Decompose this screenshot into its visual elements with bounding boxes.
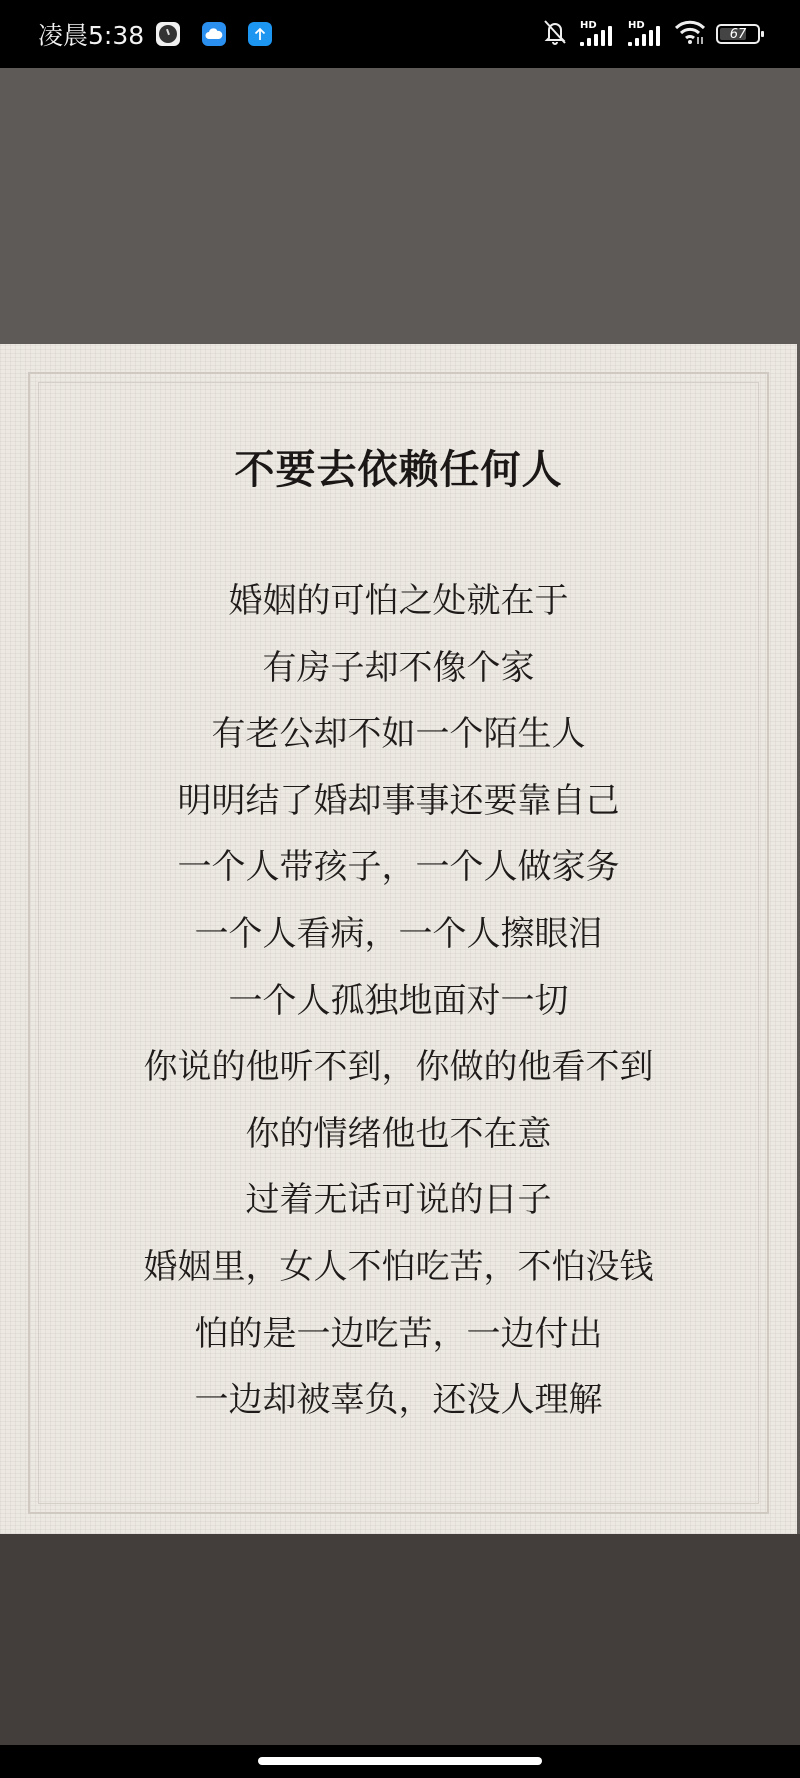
quote-line: 明明结了婚却事事还要靠自己 — [0, 777, 797, 844]
home-indicator[interactable] — [258, 1757, 542, 1765]
quote-body: 婚姻的可怕之处就在于 有房子却不像个家 有老公却不如一个陌生人 明明结了婚却事事… — [0, 577, 797, 1443]
wifi-icon — [674, 19, 706, 49]
quote-line: 有老公却不如一个陌生人 — [0, 710, 797, 777]
status-bar: 凌晨5:38 HD HD — [0, 0, 800, 68]
quote-line: 一个人孤独地面对一切 — [0, 977, 797, 1044]
signal-hd-1-icon: HD — [578, 20, 616, 48]
quote-line: 你的情绪他也不在意 — [0, 1110, 797, 1177]
status-left: 凌晨5:38 — [38, 18, 272, 50]
battery-icon: 67 — [716, 24, 760, 44]
quote-line: 婚姻的可怕之处就在于 — [0, 577, 797, 644]
quote-line: 一个人看病，一个人擦眼泪 — [0, 910, 797, 977]
quote-line: 你说的他听不到，你做的他看不到 — [0, 1043, 797, 1110]
navigation-bar — [0, 1745, 800, 1778]
status-right: HD HD 67 — [542, 18, 760, 50]
quote-line: 怕的是一边吃苦，一边付出 — [0, 1310, 797, 1377]
battery-level: 67 — [730, 27, 747, 42]
quote-line: 婚姻里，女人不怕吃苦，不怕没钱 — [0, 1243, 797, 1310]
status-time: 凌晨5:38 — [38, 16, 144, 52]
quote-line: 过着无话可说的日子 — [0, 1176, 797, 1243]
quote-image[interactable]: 不要去依赖任何人 婚姻的可怕之处就在于 有房子却不像个家 有老公却不如一个陌生人… — [0, 344, 797, 1534]
clock-app-icon — [156, 22, 180, 46]
cloud-app-icon — [202, 22, 226, 46]
quote-line: 有房子却不像个家 — [0, 644, 797, 711]
image-viewer-background-top[interactable] — [0, 68, 800, 344]
upload-app-icon — [248, 22, 272, 46]
quote-line: 一边却被辜负，还没人理解 — [0, 1376, 797, 1443]
image-viewer-background-bottom[interactable] — [0, 1534, 800, 1745]
signal-hd-2-icon: HD — [626, 20, 664, 48]
quote-title: 不要去依赖任何人 — [0, 438, 797, 495]
bell-muted-icon — [542, 18, 568, 50]
quote-line: 一个人带孩子，一个人做家务 — [0, 843, 797, 910]
